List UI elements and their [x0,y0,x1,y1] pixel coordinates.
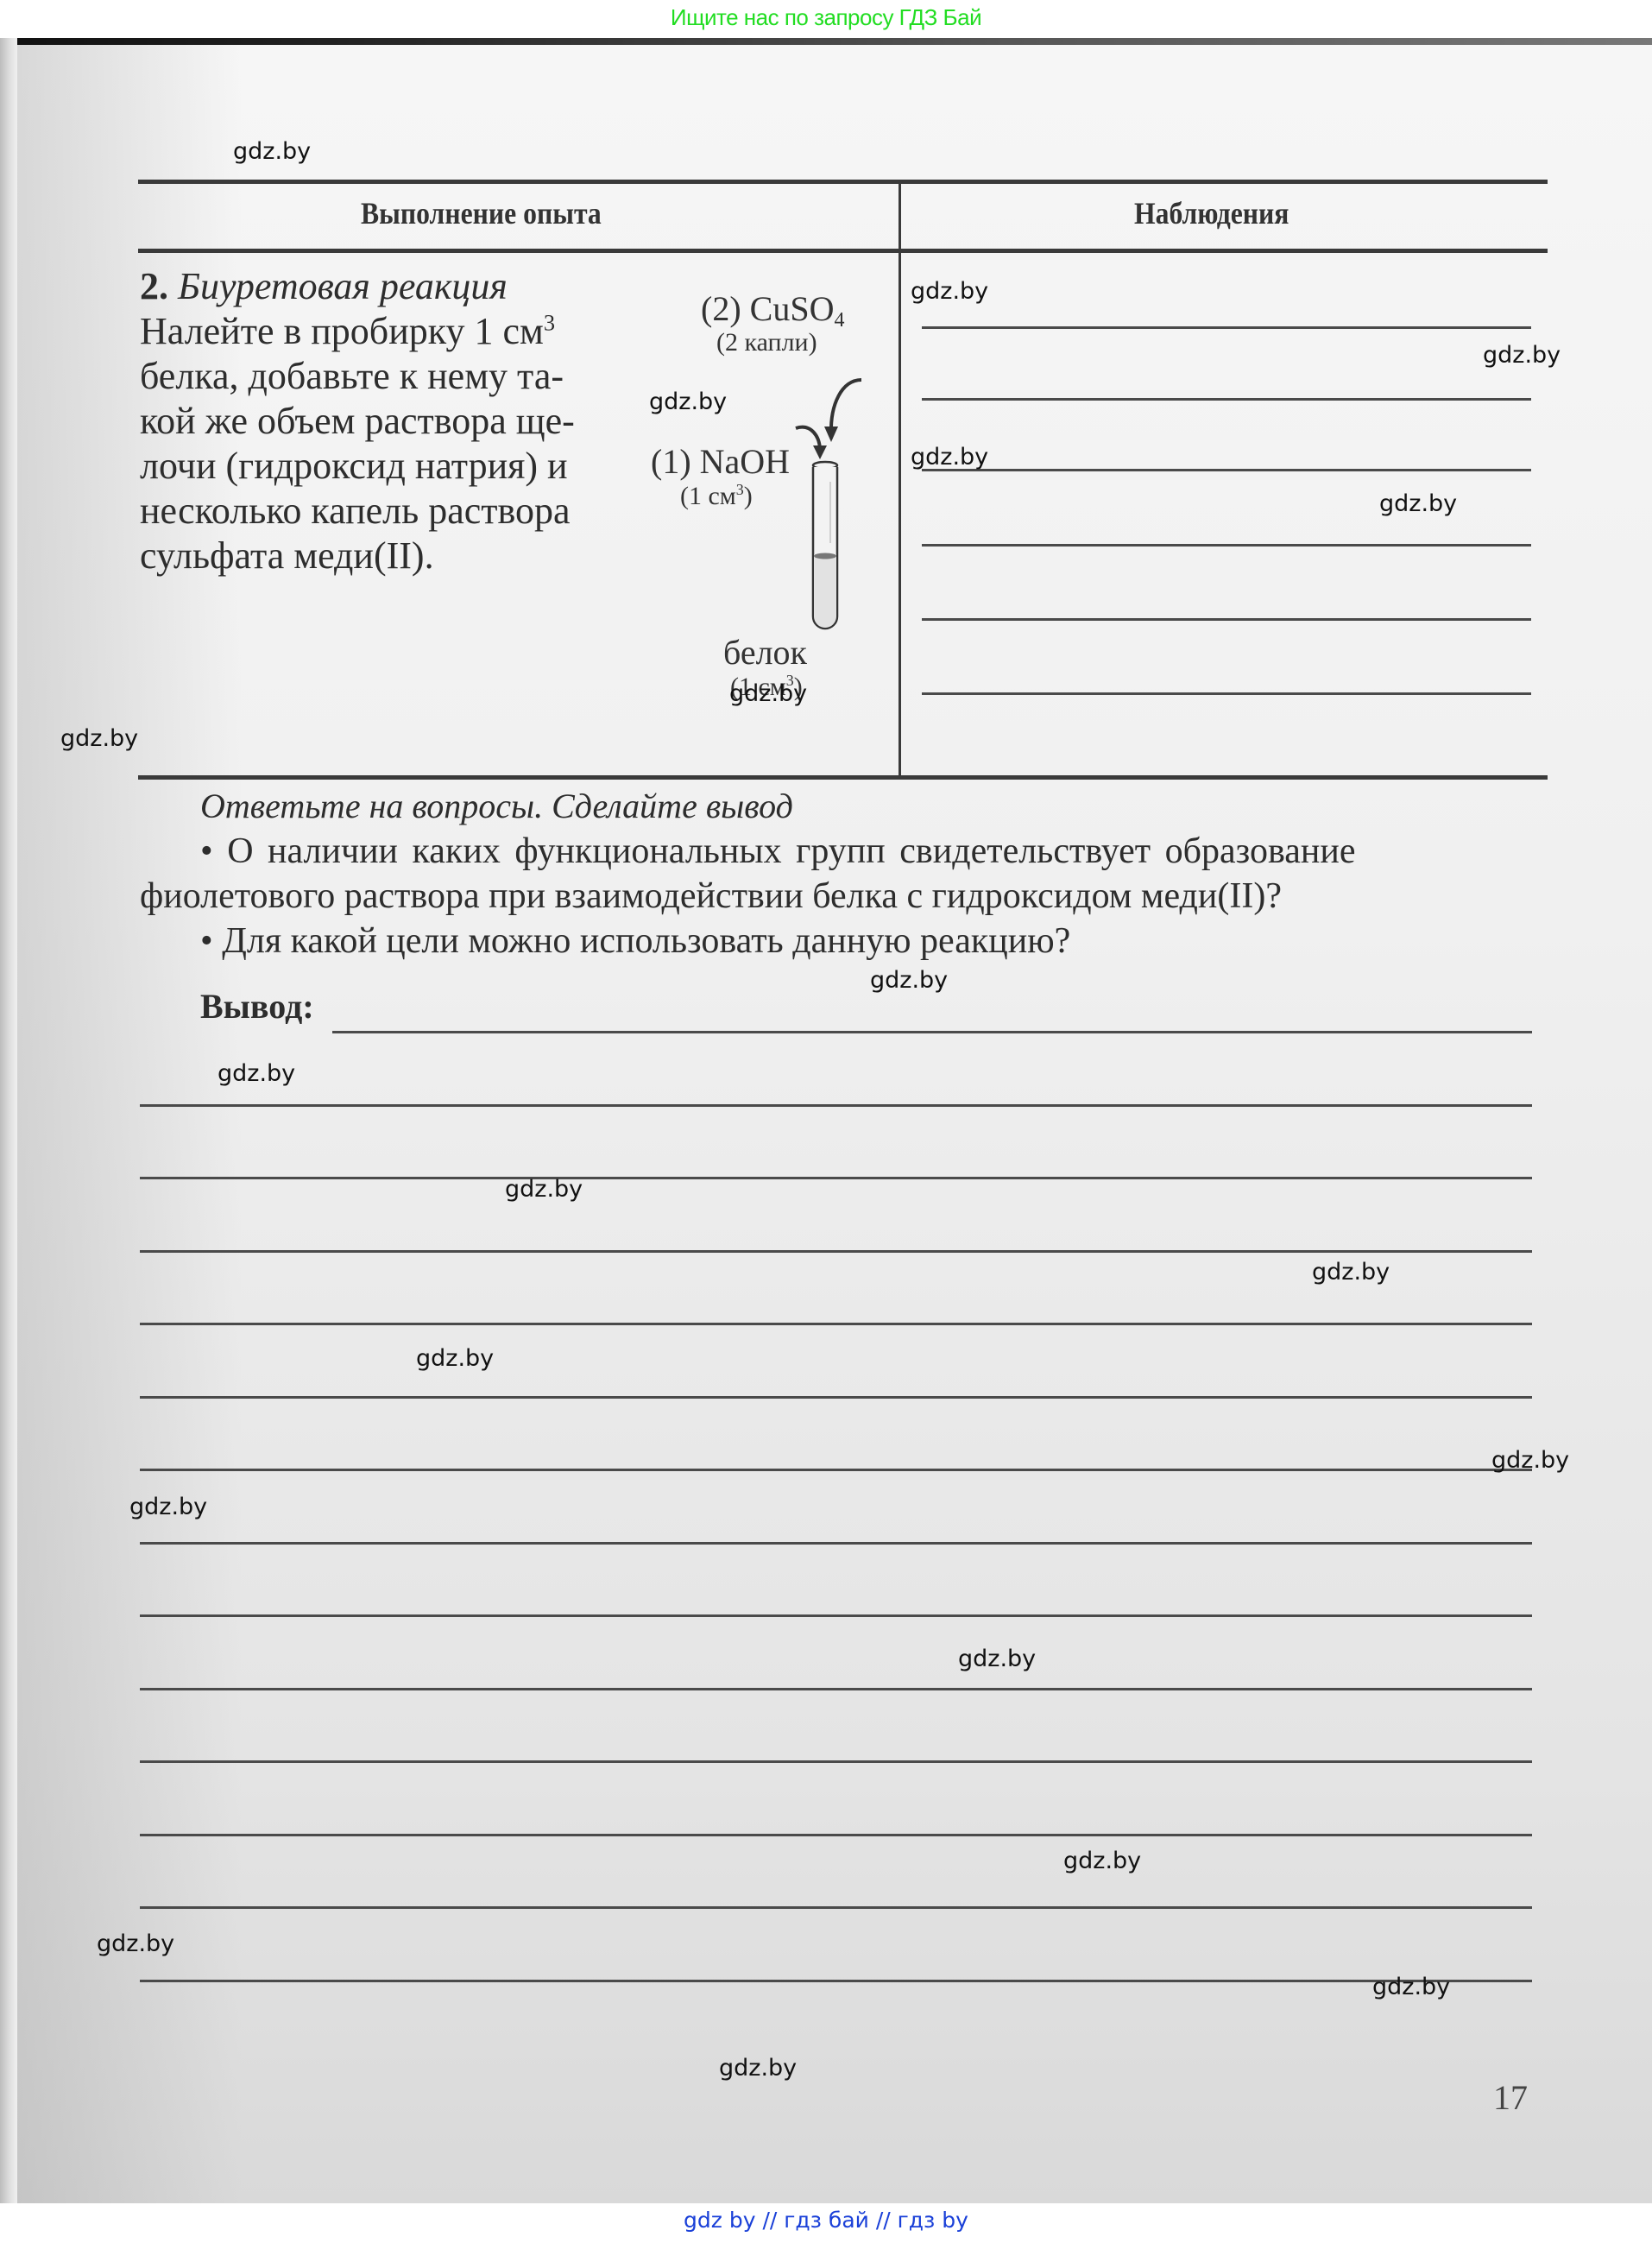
watermark: gdz.by [218,1060,295,1087]
watermark: gdz.by [505,1176,583,1203]
watermark: gdz.by [870,967,948,994]
answer-line[interactable] [140,1469,1532,1471]
answer-line[interactable] [140,1250,1532,1253]
experiment-title: 2. Биуретовая реакция [140,264,508,308]
watermark: gdz.by [911,444,988,471]
question-1-line-2: фиолетового раствора при взаимодействии … [140,875,1282,917]
answer-line[interactable] [140,1542,1532,1545]
watermark: gdz.by [1063,1848,1141,1874]
instruction-line-3: кой же объем раствора ще- [140,399,575,443]
arrow-cuso4-icon [831,380,861,433]
answer-line[interactable] [140,1906,1532,1909]
watermark: gdz.by [129,1494,207,1520]
observation-line[interactable] [922,544,1531,547]
watermark: gdz.by [97,1930,174,1957]
column-header-experiment: Выполнение опыта [361,195,602,231]
column-header-observations: Наблюдения [1134,195,1289,231]
answer-line[interactable] [140,1396,1532,1399]
watermark: gdz.by [1379,490,1457,517]
answer-line[interactable] [140,1834,1532,1836]
instruction-line-2: белка, добавьте к нему та- [140,354,564,398]
answer-line[interactable] [332,1031,1532,1033]
experiment-number: 2. [140,265,168,307]
answer-line[interactable] [140,1177,1532,1179]
observation-line[interactable] [922,692,1531,695]
question-1-line-1: • О наличии каких функциональных групп с… [200,831,1356,872]
superscript: 3 [544,309,555,335]
questions-heading: Ответьте на вопросы. Сделайте вывод [200,786,793,826]
watermark: gdz.by [1372,1974,1450,2000]
table-top-border [138,180,1548,184]
bottom-banner[interactable]: gdz by // гдз бай // гдз by [0,2203,1652,2243]
table-bottom-border [138,775,1548,780]
watermark: gdz.by [729,680,807,707]
instruction-line-6: сульфата меди(II). [140,534,434,578]
answer-line[interactable] [140,1614,1532,1617]
watermark: gdz.by [1491,1447,1569,1474]
protein-label: белок [723,632,807,673]
observation-line[interactable] [922,398,1531,401]
answer-line[interactable] [140,1323,1532,1325]
workbook-page: Выполнение опыта Наблюдения 2. Биуретова… [0,38,1652,2203]
question-2: • Для какой цели можно использовать данн… [200,920,1070,962]
watermark: gdz.by [416,1345,494,1372]
instruction-text: Налейте в пробирку 1 см [140,310,544,352]
top-banner[interactable]: Ищите нас по запросу ГДЗ Бай [0,0,1652,38]
watermark: gdz.by [911,278,988,305]
answer-line[interactable] [140,1688,1532,1690]
answer-line[interactable] [140,1980,1532,1982]
table-header-border [138,249,1548,253]
observation-line[interactable] [922,326,1531,329]
watermark: gdz.by [649,389,727,415]
table-column-divider [899,180,901,779]
answer-line[interactable] [140,1104,1532,1107]
answer-line[interactable] [140,1760,1532,1763]
questions-heading-text: Ответьте на вопросы. Сделайте вывод [200,787,793,825]
watermark: gdz.by [60,725,138,752]
watermark: gdz.by [1312,1259,1390,1286]
page-number: 17 [1493,2077,1528,2118]
watermark: gdz.by [719,2055,797,2082]
instruction-line-5: несколько капель раствора [140,489,570,533]
instruction-line-1: Налейте в пробирку 1 см3 [140,309,627,353]
observation-line[interactable] [922,618,1531,621]
experiment-name: Биуретовая реакция [178,265,508,307]
watermark: gdz.by [233,138,311,165]
instruction-line-4: лочи (гидроксид натрия) и [140,444,568,488]
observation-line[interactable] [922,469,1531,471]
watermark: gdz.by [958,1646,1036,1672]
watermark: gdz.by [1483,342,1561,369]
conclusion-label: Вывод: [200,986,314,1027]
